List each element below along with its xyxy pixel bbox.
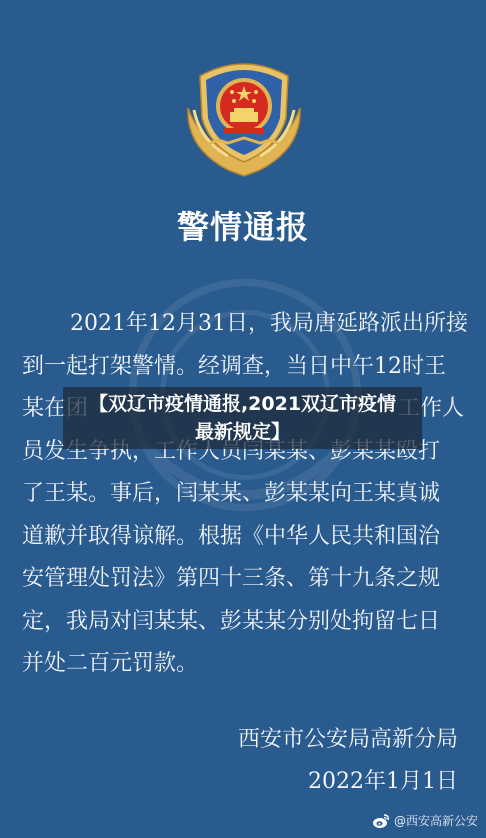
body-line: 到一起打架警情。经调查，当日中午12时王 — [22, 346, 464, 389]
body-line: 安管理处罚法》第四十三条、第十九条之规 — [22, 558, 464, 601]
issue-date: 2022年1月1日 — [308, 764, 458, 795]
body-line: 定，我局对闫某某、彭某某分别处拘留七日 — [22, 601, 464, 644]
body-line: 了王某。事后，闫某某、彭某某向王某真诚 — [22, 473, 464, 516]
body-line: 2021年12月31日，我局唐延路派出所接 — [22, 303, 464, 346]
body-line: 并处二百元罚款。 — [22, 643, 464, 686]
caption-line-1: 【双辽市疫情通报,2021双辽市疫情 — [63, 390, 422, 418]
police-notice-image: 警情通报 2021年12月31日，我局唐延路派出所接 到一起打架警情。经调查，当… — [0, 0, 486, 838]
police-emblem-icon — [178, 48, 310, 180]
issuer-signature: 西安市公安局高新分局 — [238, 722, 458, 753]
weibo-icon — [372, 813, 390, 829]
caption-line-2: 最新规定】 — [63, 418, 422, 446]
notice-title: 警情通报 — [0, 202, 486, 248]
body-line: 道歉并取得谅解。根据《中华人民共和国治 — [22, 516, 464, 559]
source-watermark: @西安高新公安 — [372, 812, 478, 829]
caption-overlay: 【双辽市疫情通报,2021双辽市疫情 最新规定】 — [63, 387, 422, 449]
source-handle: @西安高新公安 — [394, 812, 478, 829]
notice-body: 2021年12月31日，我局唐延路派出所接 到一起打架警情。经调查，当日中午12… — [22, 303, 464, 686]
